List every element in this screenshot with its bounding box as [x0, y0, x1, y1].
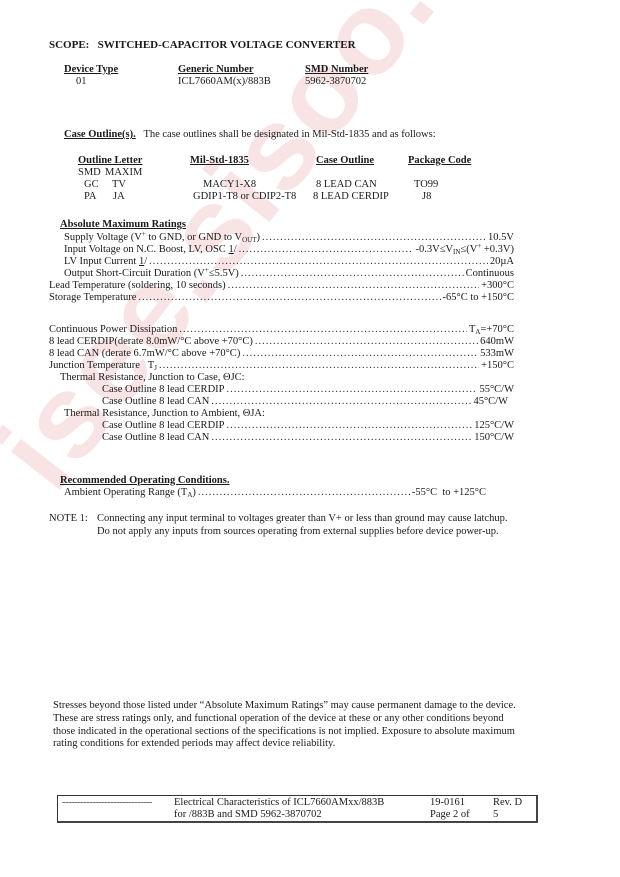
- leader-dots: [242, 348, 478, 360]
- power-row-2: 8 lead CAN (derate 6.7mW/°C above +70°C)…: [49, 348, 514, 360]
- abs-max-row-2-value: 20µA: [490, 256, 514, 268]
- case-outline-intro: Case Outline(s). The case outlines shall…: [64, 129, 436, 141]
- footer-box: ------------------------------ Electrica…: [57, 795, 538, 823]
- leader-dots: [138, 292, 440, 304]
- abs-max-row-0-value: 10.5V: [488, 232, 514, 244]
- scope-heading: SCOPE: SWITCHED-CAPACITOR VOLTAGE CONVER…: [49, 39, 356, 51]
- leader-dots: [255, 336, 478, 348]
- power-row-0-label: Continuous Power Dissipation: [49, 324, 177, 336]
- power-row-3: Junction Temperature TJ+150°C: [49, 360, 514, 372]
- leader-dots: [211, 432, 472, 444]
- leader-dots: [226, 420, 472, 432]
- footer-revision: Rev. D: [493, 797, 522, 809]
- power-row-3-value: +150°C: [481, 360, 514, 372]
- power-row-0-value: TA=+70°C: [469, 324, 514, 336]
- power-row-3-label: Junction Temperature TJ: [49, 360, 157, 372]
- generic-number-header: Generic Number: [178, 64, 254, 76]
- scope-title: SWITCHED-CAPACITOR VOLTAGE CONVERTER: [98, 39, 356, 51]
- device-type-value: 01: [76, 76, 87, 88]
- case-outline-header: Case Outline: [316, 155, 374, 167]
- outline-case-1: 8 LEAD CERDIP: [313, 191, 389, 203]
- abs-max-row-1-label: Input Voltage on N.C. Boost, LV, OSC 1/: [64, 244, 237, 256]
- thermal-jc-row-0: Case Outline 8 lead CERDIP55°C/W: [102, 384, 514, 396]
- power-row-1-label: 8 lead CERDIP(derate 8.0mW/°C above +70°…: [49, 336, 253, 348]
- abs-max-row-5-label: Storage Temperature: [49, 292, 136, 304]
- power-row-2-value: 533mW: [480, 348, 514, 360]
- note-line-1: Connecting any input terminal to voltage…: [97, 513, 507, 525]
- document-page: SCOPE: SWITCHED-CAPACITOR VOLTAGE CONVER…: [0, 0, 620, 877]
- thermal-ja-row-1: Case Outline 8 lead CAN150°C/W: [102, 432, 514, 444]
- power-row-1: 8 lead CERDIP(derate 8.0mW/°C above +70°…: [49, 336, 514, 348]
- stress-line-4: rating conditions for extended periods m…: [53, 738, 335, 750]
- leader-dots: [241, 268, 464, 280]
- smd-number-header: SMD Number: [305, 64, 368, 76]
- case-outline-heading: Case Outline(s).: [64, 129, 136, 140]
- mil-std-header: Mil-Std-1835: [190, 155, 249, 167]
- outline-mil-std-1: GDIP1-T8 or CDIP2-T8: [193, 191, 296, 203]
- leader-dots: [239, 244, 414, 256]
- thermal-ja-label: Thermal Resistance, Junction to Ambient,…: [64, 408, 265, 420]
- outline-package-0: TO99: [414, 179, 438, 191]
- leader-dots: [262, 232, 486, 244]
- abs-max-row-5-value: -65°C to +150°C: [443, 292, 515, 304]
- thermal-ja-row-1-value: 150°C/W: [474, 432, 514, 444]
- thermal-jc-row-1-value: 45°C/W: [473, 396, 508, 408]
- smd-subheader: SMD: [78, 167, 101, 179]
- thermal-jc-row-1-label: Case Outline 8 lead CAN: [102, 396, 209, 408]
- leader-dots: [211, 396, 471, 408]
- maxim-subheader: MAXIM: [105, 167, 142, 179]
- leader-dots: [149, 256, 488, 268]
- stress-line-2: These are stress ratings only, and funct…: [53, 713, 504, 725]
- outline-package-1: J8: [422, 191, 431, 203]
- thermal-ja-row-1-label: Case Outline 8 lead CAN: [102, 432, 209, 444]
- outline-mil-std-0: MACY1-X8: [203, 179, 256, 191]
- thermal-ja-row-0-value: 125°C/W: [474, 420, 514, 432]
- outline-maxim-ja: JA: [113, 191, 125, 203]
- abs-max-row-4-value: +300°C: [481, 280, 514, 292]
- outline-smd-pa: PA: [84, 191, 96, 203]
- thermal-jc-row-1: Case Outline 8 lead CAN45°C/W: [102, 396, 508, 408]
- outline-letter-header: Outline Letter: [78, 155, 142, 167]
- leader-dots: [159, 360, 479, 372]
- abs-max-row-0: Supply Voltage (V+ to GND, or GND to VOU…: [64, 232, 514, 244]
- power-row-1-value: 640mW: [480, 336, 514, 348]
- device-type-header: Device Type: [64, 64, 118, 76]
- leader-dots: [179, 324, 467, 336]
- abs-max-row-1: Input Voltage on N.C. Boost, LV, OSC 1/-…: [64, 244, 514, 256]
- thermal-jc-label: Thermal Resistance, Junction to Case, ΘJ…: [60, 372, 245, 384]
- generic-number-value: ICL7660AM(x)/883B: [178, 76, 271, 88]
- abs-max-row-4-label: Lead Temperature (soldering, 10 seconds): [49, 280, 226, 292]
- thermal-jc-row-0-value: 55°C/W: [479, 384, 514, 396]
- power-row-2-label: 8 lead CAN (derate 6.7mW/°C above +70°C): [49, 348, 240, 360]
- outline-maxim-tv: TV: [112, 179, 126, 191]
- recommended-row-0: Ambient Operating Range (TA)-55°C to +12…: [64, 487, 486, 499]
- footer-page-total: 5: [493, 809, 498, 821]
- leader-dots: [198, 487, 410, 499]
- abs-max-row-3: Output Short-Circuit Duration (V+≤5.5V)C…: [64, 268, 514, 280]
- abs-max-row-1-value: -0.3V≤VIN≤(V+ +0.3V): [415, 244, 514, 256]
- thermal-jc-row-0-label: Case Outline 8 lead CERDIP: [102, 384, 224, 396]
- thermal-ja-row-0: Case Outline 8 lead CERDIP125°C/W: [102, 420, 514, 432]
- abs-max-heading: Absolute Maximum Ratings: [60, 219, 186, 231]
- thermal-ja-row-0-label: Case Outline 8 lead CERDIP: [102, 420, 224, 432]
- scope-label: SCOPE:: [49, 39, 89, 51]
- abs-max-row-2: LV Input Current 1/20µA: [64, 256, 514, 268]
- abs-max-row-3-value: Continuous: [466, 268, 514, 280]
- abs-max-row-4: Lead Temperature (soldering, 10 seconds)…: [49, 280, 514, 292]
- leader-dots: [228, 280, 479, 292]
- abs-max-row-5: Storage Temperature-65°C to +150°C: [49, 292, 514, 304]
- footer-dashes: ------------------------------: [62, 797, 152, 809]
- footer-doc-number: 19-0161: [430, 797, 465, 809]
- case-outline-text: The case outlines shall be designated in…: [143, 129, 435, 140]
- footer-title-line-2: for /883B and SMD 5962-3870702: [174, 809, 322, 821]
- leader-dots: [226, 384, 477, 396]
- stress-line-3: those indicated in the operational secti…: [53, 726, 515, 738]
- power-row-0: Continuous Power DissipationTA=+70°C: [49, 324, 514, 336]
- smd-number-value: 5962-3870702: [305, 76, 366, 88]
- footer-page-label: Page 2 of: [430, 809, 470, 821]
- recommended-heading: Recommended Operating Conditions.: [60, 475, 229, 487]
- outline-smd-gc: GC: [84, 179, 99, 191]
- recommended-row-0-label: Ambient Operating Range (TA): [64, 487, 196, 499]
- note-line-2: Do not apply any inputs from sources ope…: [97, 526, 499, 538]
- abs-max-row-2-label: LV Input Current 1/: [64, 256, 147, 268]
- recommended-row-0-value: -55°C to +125°C: [412, 487, 486, 499]
- abs-max-row-3-label: Output Short-Circuit Duration (V+≤5.5V): [64, 268, 239, 280]
- stress-line-1: Stresses beyond those listed under “Abso…: [53, 700, 516, 712]
- footer-title-line-1: Electrical Characteristics of ICL7660AMx…: [174, 797, 384, 809]
- outline-case-0: 8 LEAD CAN: [316, 179, 377, 191]
- abs-max-row-0-label: Supply Voltage (V+ to GND, or GND to VOU…: [64, 232, 260, 244]
- package-code-header: Package Code: [408, 155, 471, 167]
- note-label: NOTE 1:: [49, 513, 88, 525]
